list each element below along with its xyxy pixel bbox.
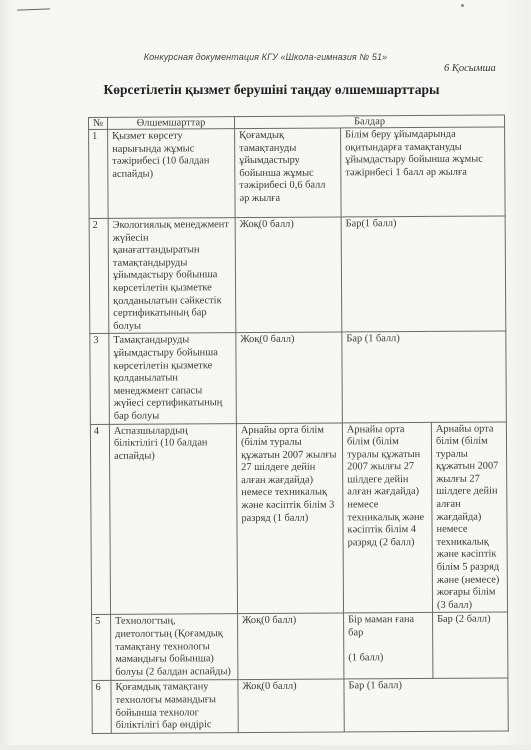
criterion-cell: Қызмет көрсету нарығында жұмыс тәжірибес… bbox=[108, 129, 236, 219]
table-row: 3 Тамақтандыруды ұйымдастыру бойынша көр… bbox=[90, 331, 507, 424]
column-header-number: № bbox=[89, 117, 108, 129]
score-cell: Жоқ(0 балл) bbox=[238, 613, 344, 680]
row-number: 2 bbox=[89, 218, 109, 333]
criterion-cell: Технологтың, диетологтың (Қоғамдық тамақ… bbox=[111, 614, 238, 681]
row-number: 3 bbox=[90, 334, 110, 424]
running-head: Конкурсная документация КГУ «Школа-гимна… bbox=[0, 52, 531, 62]
table-row: 1 Қызмет көрсету нарығында жұмыс тәжіриб… bbox=[89, 127, 506, 219]
score-cell: Арнайы орта білім (білім туралы құжатын … bbox=[342, 422, 432, 613]
table-row: 6 Қоғамдық тамақтану технологы мамандығы… bbox=[92, 678, 508, 733]
row-number: 6 bbox=[92, 681, 111, 733]
score-cell: Арнайы орта білім (білім туралы құжатын … bbox=[431, 421, 507, 612]
table-row: 2 Экологиялық менеджмент жүйесін қанағат… bbox=[89, 216, 506, 334]
table-row: 5 Технологтың, диетологтың (Қоғамдық там… bbox=[92, 612, 508, 681]
score-cell: Бар (1 балл) bbox=[342, 331, 507, 422]
criteria-table: № Өлшемшарттар Балдар 1 Қызмет көрсету н… bbox=[88, 114, 509, 733]
score-text: Бір маман ғана бар bbox=[348, 614, 414, 638]
appendix-label: 6 Қосымша bbox=[444, 63, 496, 74]
scan-artifact-dot bbox=[461, 4, 464, 7]
score-cell: Білім беру ұйымдарында оқитындарға тамақ… bbox=[341, 127, 506, 217]
row-number: 1 bbox=[89, 129, 109, 218]
score-cell: Бар(1 балл) bbox=[341, 216, 506, 332]
score-cell: Қоғамдық тамақтануды ұйымдастыру бойынша… bbox=[235, 128, 342, 218]
score-cell: Жоқ(0 балл) bbox=[238, 679, 344, 732]
row-number: 4 bbox=[90, 424, 110, 615]
criterion-cell: Аспазшылардың біліктілігі (10 балдан асп… bbox=[109, 423, 237, 615]
criterion-cell: Экологиялық менеджмент жүйесін қанағатта… bbox=[108, 218, 236, 334]
row-number: 5 bbox=[92, 615, 111, 681]
criterion-cell: Қоғамдық тамақтану технологы мамандығы б… bbox=[111, 680, 238, 733]
score-cell: Жоқ(0 балл) bbox=[236, 332, 343, 423]
score-cell: Бір маман ғана бар (1 балл) bbox=[344, 613, 433, 680]
document-title: Көрсетілетін қызмет берушіні таңдау өлше… bbox=[0, 82, 531, 98]
page-bottom-edge bbox=[0, 745, 531, 750]
column-header-criteria: Өлшемшарттар bbox=[108, 117, 235, 130]
score-cell: Арнайы орта білім (білім туралы құжатын … bbox=[236, 422, 343, 614]
score-cell: Бар (2 балл) bbox=[433, 612, 508, 678]
table-row: 4 Аспазшылардың біліктілігі (10 балдан а… bbox=[90, 421, 507, 614]
criterion-cell: Тамақтандыруды ұйымдастыру бойынша көрсе… bbox=[109, 333, 237, 424]
score-cell: Бар (1 балл) bbox=[344, 678, 508, 731]
score-cell: Жоқ(0 балл) bbox=[235, 217, 342, 333]
spacer bbox=[348, 640, 429, 652]
score-points: (1 балл) bbox=[348, 652, 383, 663]
